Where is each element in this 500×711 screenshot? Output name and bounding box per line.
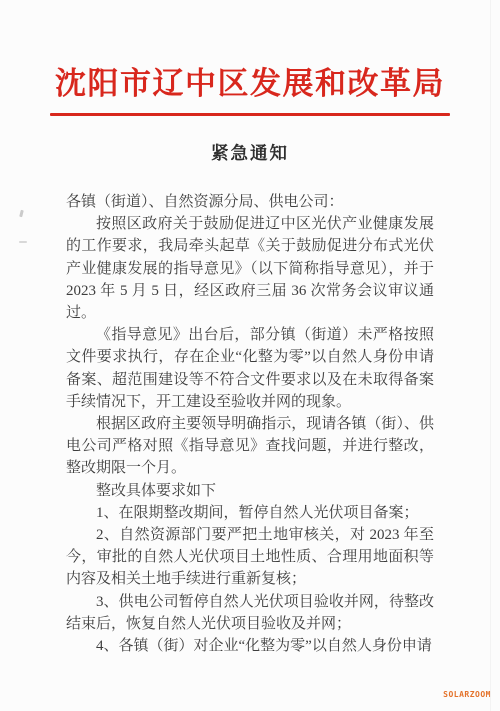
scanned-document-page: 沈阳市辽中区发展和改革局 紧急通知 各镇（街道）、自然资源分局、供电公司： 按照… <box>0 0 500 711</box>
scan-speck <box>19 241 27 243</box>
body-paragraph: 《指导意见》出台后，部分镇（街道）未严格按照文件要求执行，存在企业“化整为零”以… <box>66 324 434 413</box>
requirement-item: 4、各镇（街）对企业“化整为零”以自然人身份申请 <box>66 635 434 657</box>
notice-body: 各镇（街道）、自然资源分局、供电公司： 按照区政府关于鼓励促进辽中区光伏产业健康… <box>66 191 434 657</box>
letterhead-title: 沈阳市辽中区发展和改革局 <box>0 64 500 104</box>
body-paragraph: 根据区政府主要领导明确指示，现请各镇（街）、供电公司严格对照《指导意见》查找问题… <box>66 413 434 480</box>
letterhead: 沈阳市辽中区发展和改革局 <box>0 0 500 116</box>
solarzoom-watermark: SOLARZOOM <box>443 690 491 699</box>
scan-speck <box>19 210 24 218</box>
notice-title: 紧急通知 <box>0 140 500 166</box>
requirements-heading: 整改具体要求如下 <box>66 480 434 502</box>
requirement-item: 3、供电公司暂停自然人光伏项目验收并网，待整改结束后，恢复自然人光伏项目验收及并… <box>66 591 434 635</box>
requirement-item: 1、在限期整改期间，暂停自然人光伏项目备案； <box>66 502 434 524</box>
letterhead-rule <box>50 113 450 116</box>
body-paragraph: 按照区政府关于鼓励促进辽中区光伏产业健康发展的工作要求，我局牵头起草《关于鼓励促… <box>66 213 434 324</box>
salutation: 各镇（街道）、自然资源分局、供电公司： <box>66 191 434 213</box>
requirement-item: 2、自然资源部门要严把土地审核关，对 2023 年至今，审批的自然人光伏项目土地… <box>66 524 434 591</box>
